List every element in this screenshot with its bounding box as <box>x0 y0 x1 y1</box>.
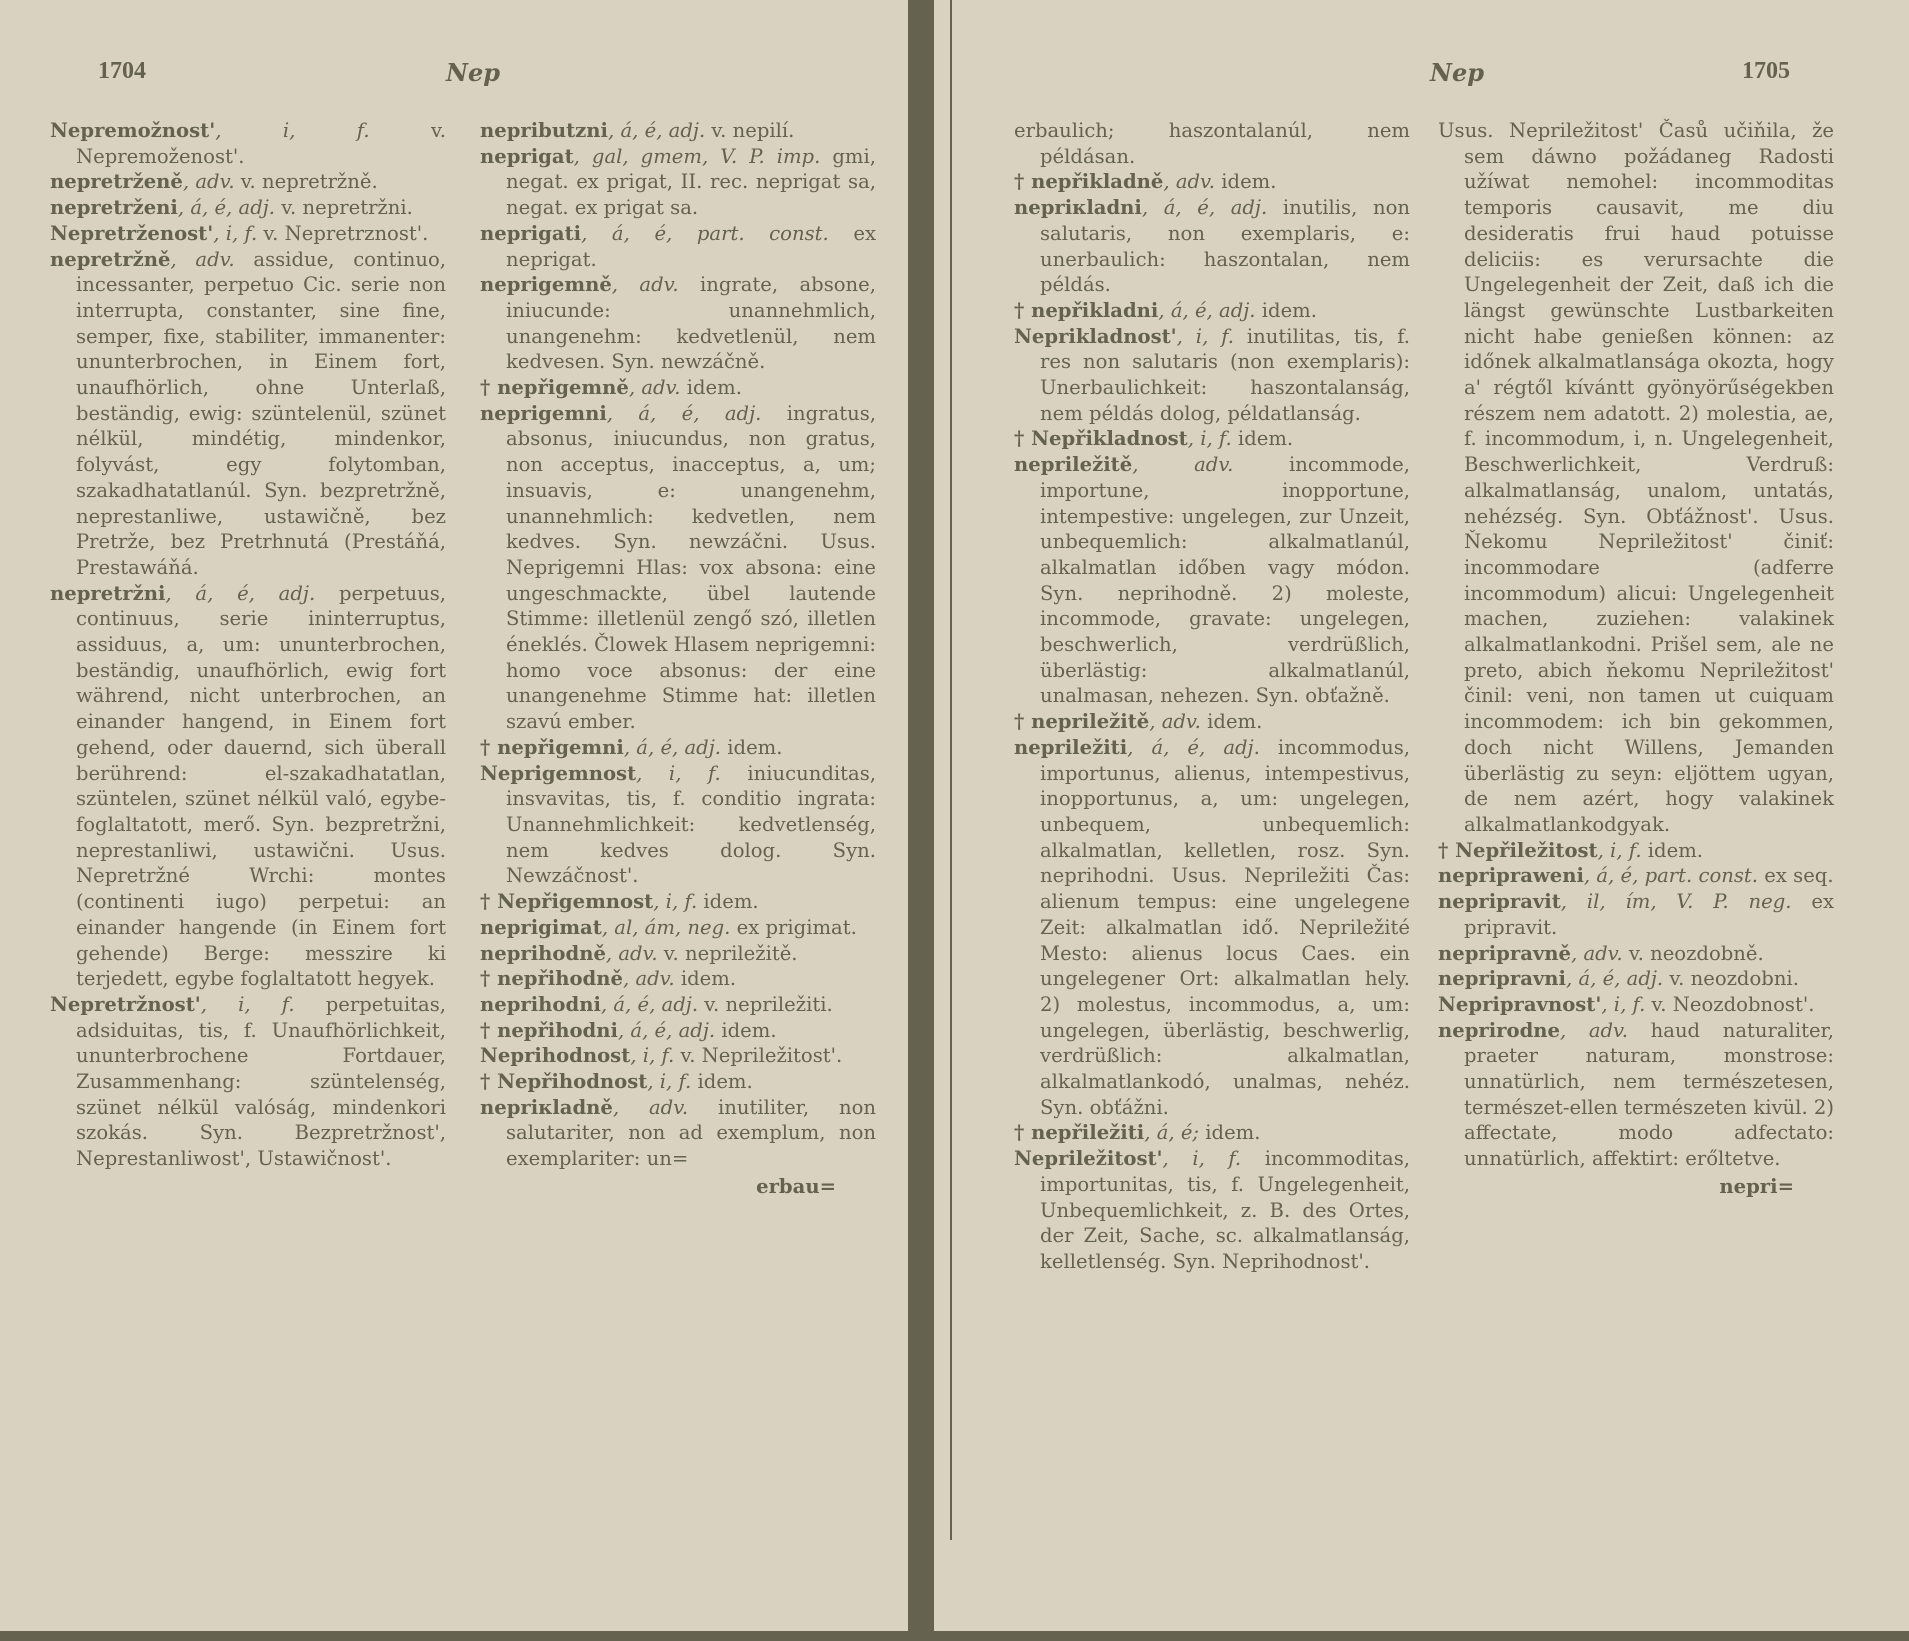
entry-headword: neprigati <box>480 222 581 245</box>
dictionary-entry: Nepremožnost', i, f. v. Nepremoženost'. <box>50 118 446 169</box>
entry-grammar: , adv. <box>613 1096 688 1119</box>
entry-grammar: , á, é, adj. <box>1127 736 1260 759</box>
entry-headword: nepripravit <box>1438 890 1561 913</box>
entry-grammar: , i, f. <box>213 222 257 245</box>
entry-definition: v. nepriležiti. <box>698 993 833 1016</box>
entry-definition: idem. <box>691 1070 752 1093</box>
entry-definition: assidue, continuo, incessanter, perpetuo… <box>76 248 446 579</box>
entry-grammar: , adv. <box>623 967 675 990</box>
dictionary-entry: erbaulich; haszontalanúl, nem példásan. <box>1014 118 1410 169</box>
entry-grammar: , á, é, adj. <box>1158 299 1255 322</box>
entry-definition: v. neozdobně. <box>1623 942 1764 965</box>
entry-headword: neprirodne <box>1438 1019 1560 1042</box>
entry-grammar: , adv. <box>1560 1019 1628 1042</box>
page-number: 1705 <box>1742 58 1790 85</box>
entry-definition: v. neozdobni. <box>1663 967 1799 990</box>
entry-grammar: , á, é, part. const. <box>581 222 829 245</box>
dictionary-entry: nepriležitě, adv. incommode, importune, … <box>1014 452 1410 709</box>
column-1: erbaulich; haszontalanúl, nem példásan.†… <box>1014 118 1410 1275</box>
entry-headword: † Nepřigemnost <box>480 890 653 913</box>
dictionary-entry: † nepřihodni, á, é, adj. idem. <box>480 1018 876 1044</box>
entry-headword: † Nepřihodnost <box>480 1070 647 1093</box>
entry-definition: v. nepretržni. <box>275 196 413 219</box>
entry-headword: † nepřihodni <box>480 1019 618 1042</box>
entry-grammar: , i, f. <box>630 1044 674 1067</box>
entry-grammar: , i, f. <box>1598 839 1642 862</box>
entry-headword: † nepřihodně <box>480 967 623 990</box>
entry-grammar: , á, é, adj. <box>165 582 315 605</box>
entry-headword: † nepřikladni <box>1014 299 1158 322</box>
entry-grammar: , á, é, adj. <box>1142 196 1267 219</box>
entry-definition: perpetuitas, adsiduitas, tis, f. Unaufhö… <box>76 993 446 1170</box>
left-page: 1704 Nep Nepremožnost', i, f. v. Nepremo… <box>0 0 908 1641</box>
entry-definition: erbaulich; haszontalanúl, nem példásan. <box>1014 119 1410 168</box>
running-head: Nep <box>1430 58 1484 87</box>
entry-grammar: , i, f. <box>653 890 697 913</box>
entry-definition: v. Neozdobnost'. <box>1645 993 1814 1016</box>
dictionary-entry: Nepretrženost', i, f. v. Nepretrznost'. <box>50 221 446 247</box>
entry-headword: † Nepřikladnost <box>1014 427 1188 450</box>
entry-definition: idem. <box>1232 427 1293 450</box>
entry-definition: idem. <box>1642 839 1703 862</box>
entry-grammar: , á, é, adj. <box>618 1019 715 1042</box>
entry-grammar: , adv. <box>612 273 679 296</box>
entry-headword: nepriležiti <box>1014 736 1127 759</box>
page-number: 1704 <box>98 58 146 85</box>
entry-definition: v. Nepretrznost'. <box>257 222 428 245</box>
entry-definition: idem. <box>1201 710 1262 733</box>
entry-headword: nepretrženě <box>50 170 183 193</box>
entry-definition: v. nepriležitě. <box>658 942 798 965</box>
entry-headword: † nepřigemni <box>480 736 624 759</box>
entry-grammar: , á, é, adj. <box>624 736 721 759</box>
entry-headword: † Nepřiležitost <box>1438 839 1598 862</box>
entry-headword: Neprikladnost' <box>1014 325 1177 348</box>
entry-grammar: , á, é, adj. <box>601 993 698 1016</box>
entry-definition: idem. <box>1199 1121 1260 1144</box>
column-2: nepributzni, á, é, adj. v. nepilí.neprig… <box>480 118 876 1200</box>
entry-definition: Usus. Nepriležitost' Časů učiňila, že se… <box>1438 119 1834 836</box>
dictionary-entry: nepriležiti, á, é, adj. incommodus, impo… <box>1014 735 1410 1121</box>
entry-definition: ingratus, absonus, iniucundus, non gratu… <box>506 402 876 733</box>
dictionary-entry: † nepřigemně, adv. idem. <box>480 375 876 401</box>
dictionary-entry: neprigat, gal, gmem, V. P. imp. gmi, neg… <box>480 144 876 221</box>
dictionary-entry: nepretrženě, adv. v. nepretržně. <box>50 169 446 195</box>
dictionary-entry: neprigati, á, é, part. const. ex nepriga… <box>480 221 876 272</box>
entry-headword: Nepretržnost' <box>50 993 201 1016</box>
entry-definition: perpetuus, continuus, serie ininterruptu… <box>76 582 446 991</box>
entry-headword: nepriležitě <box>1014 453 1132 476</box>
dictionary-entry: Neprigemnost, i, f. iniucunditas, insvav… <box>480 761 876 890</box>
dictionary-entry: nepretrženi, á, é, adj. v. nepretržni. <box>50 195 446 221</box>
column-1: Nepremožnost', i, f. v. Nepremoženost'.n… <box>50 118 446 1172</box>
entry-grammar: , adv. <box>1571 942 1623 965</box>
dictionary-entry: nepripraweni, á, é, part. const. ex seq. <box>1438 863 1834 889</box>
entry-headword: nepripravně <box>1438 942 1571 965</box>
dictionary-entry: Nepretržnost', i, f. perpetuitas, adsidu… <box>50 992 446 1172</box>
entry-headword: nepributzni <box>480 119 608 142</box>
dictionary-entry: Neprihodnost, i, f. v. Nepriležitost'. <box>480 1043 876 1069</box>
dictionary-entry: † nepřihodně, adv. idem. <box>480 966 876 992</box>
entry-grammar: , adv. <box>629 376 681 399</box>
entry-headword: nepretržně <box>50 248 170 271</box>
entry-grammar: , i, f. <box>1601 993 1645 1016</box>
entry-grammar: , á, é, adj. <box>608 119 705 142</box>
entry-headword: neprigat <box>480 145 574 168</box>
right-page: Nep 1705 erbaulich; haszontalanúl, nem p… <box>952 0 1909 1641</box>
dictionary-entry: nepretržni, á, é, adj. perpetuus, contin… <box>50 581 446 992</box>
dictionary-entry: † Nepřihodnost, i, f. idem. <box>480 1069 876 1095</box>
entry-grammar: , i, f. <box>201 993 295 1016</box>
entry-definition: v. Nepriležitost'. <box>674 1044 842 1067</box>
dictionary-entry: nepributzni, á, é, adj. v. nepilí. <box>480 118 876 144</box>
entry-grammar: , il, ím, V. P. neg. <box>1561 890 1792 913</box>
entry-definition: idem. <box>697 890 758 913</box>
entry-headword: nepretržni <box>50 582 165 605</box>
dictionary-entry: nepretržně, adv. assidue, continuo, ince… <box>50 247 446 581</box>
page-bottom-edge <box>0 1631 1909 1641</box>
entry-grammar: , adv. <box>1149 710 1201 733</box>
entry-grammar: , adv. <box>1163 170 1215 193</box>
entry-definition: v. nepretržně. <box>235 170 378 193</box>
entry-definition: idem. <box>715 1019 776 1042</box>
entry-definition: idem. <box>1215 170 1276 193</box>
dictionary-entry: neprihodně, adv. v. nepriležitě. <box>480 941 876 967</box>
entry-headword: neprihodně <box>480 942 606 965</box>
catchword: nepri= <box>1438 1174 1834 1200</box>
dictionary-entry: Neprikladnost', i, f. inutilitas, tis, f… <box>1014 324 1410 427</box>
entry-grammar: , i, f. <box>1188 427 1232 450</box>
entry-grammar: , al, ám, neg. <box>602 916 731 939</box>
dictionary-entry: † Nepřikladnost, i, f. idem. <box>1014 426 1410 452</box>
dictionary-entry: nepriкladně, adv. inutiliter, non saluta… <box>480 1095 876 1172</box>
dictionary-entry: nepripravně, adv. v. neozdobně. <box>1438 941 1834 967</box>
entry-grammar: , á, é; <box>1144 1121 1199 1144</box>
entry-headword: Neprihodnost <box>480 1044 630 1067</box>
entry-headword: nepretrženi <box>50 196 178 219</box>
dictionary-entry: nepriкladni, á, é, adj. inutilis, non sa… <box>1014 195 1410 298</box>
dictionary-entry: nepripravit, il, ím, V. P. neg. ex pripr… <box>1438 889 1834 940</box>
entry-headword: Neprigemnost <box>480 762 636 785</box>
dictionary-entry: Usus. Nepriležitost' Časů učiňila, že se… <box>1438 118 1834 838</box>
entry-headword: † nepřiležiti <box>1014 1121 1144 1144</box>
entry-grammar: , i, f. <box>636 762 721 785</box>
dictionary-entry: Nepripravnost', i, f. v. Neozdobnost'. <box>1438 992 1834 1018</box>
dictionary-entry: Nepriležitost', i, f. incommoditas, impo… <box>1014 1146 1410 1275</box>
entry-headword: Nepripravnost' <box>1438 993 1601 1016</box>
entry-definition: idem. <box>1256 299 1317 322</box>
entry-grammar: , i, f. <box>1177 325 1234 348</box>
entry-grammar: , á, é, part. const. <box>1584 864 1758 887</box>
dictionary-entry: nepripravni, á, é, adj. v. neozdobni. <box>1438 966 1834 992</box>
entry-headword: † nepřikladně <box>1014 170 1163 193</box>
entry-grammar: , adv. <box>170 248 234 271</box>
entry-headword: neprigemni <box>480 402 607 425</box>
catchword: erbau= <box>480 1174 876 1200</box>
entry-grammar: , á, é, adj. <box>1566 967 1663 990</box>
entry-headword: nepriкladně <box>480 1096 613 1119</box>
entry-definition: incommode, importune, inopportune, intem… <box>1040 453 1410 707</box>
book-spine <box>908 0 934 1641</box>
entry-grammar: , gal, gmem, V. P. imp. <box>574 145 821 168</box>
entry-definition: ex prigimat. <box>730 916 856 939</box>
entry-definition: idem. <box>721 736 782 759</box>
entry-headword: Nepremožnost' <box>50 119 215 142</box>
entry-headword: neprigemně <box>480 273 612 296</box>
dictionary-entry: neprihodni, á, é, adj. v. nepriležiti. <box>480 992 876 1018</box>
dictionary-entry: neprirodne, adv. haud naturaliter, praet… <box>1438 1018 1834 1172</box>
entry-definition: v. nepilí. <box>705 119 794 142</box>
column-2: Usus. Nepriležitost' Časů učiňila, že se… <box>1438 118 1834 1200</box>
entry-grammar: , adv. <box>183 170 235 193</box>
entry-grammar: , á, é, adj. <box>178 196 275 219</box>
entry-grammar: , i, f. <box>1163 1147 1242 1170</box>
dictionary-entry: † nepřigemni, á, é, adj. idem. <box>480 735 876 761</box>
entry-headword: neprihodni <box>480 993 601 1016</box>
entry-definition: ex seq. <box>1758 864 1834 887</box>
dictionary-entry: † Nepřigemnost, i, f. idem. <box>480 889 876 915</box>
entry-definition: incommodus, importunus, alienus, intempe… <box>1040 736 1410 1119</box>
entry-definition: idem. <box>681 376 742 399</box>
entry-grammar: , i, f. <box>647 1070 691 1093</box>
dictionary-entry: neprigemni, á, é, adj. ingratus, absonus… <box>480 401 876 735</box>
dictionary-entry: † nepřikladně, adv. idem. <box>1014 169 1410 195</box>
entry-grammar: , adv. <box>1132 453 1233 476</box>
running-head: Nep <box>446 58 500 87</box>
entry-grammar: , á, é, adj. <box>607 402 762 425</box>
entry-grammar: , adv. <box>606 942 658 965</box>
dictionary-entry: † Nepřiležitost, i, f. idem. <box>1438 838 1834 864</box>
entry-headword: neprigimat <box>480 916 602 939</box>
dictionary-entry: neprigemně, adv. ingrate, absone, iniucu… <box>480 272 876 375</box>
dictionary-entry: † nepřikladni, á, é, adj. idem. <box>1014 298 1410 324</box>
entry-headword: nepripravni <box>1438 967 1566 990</box>
entry-headword: Nepriležitost' <box>1014 1147 1163 1170</box>
entry-headword: † nepřigemně <box>480 376 629 399</box>
entry-headword: nepripraweni <box>1438 864 1584 887</box>
dictionary-entry: † nepriležitě, adv. idem. <box>1014 709 1410 735</box>
entry-headword: † nepriležitě <box>1014 710 1149 733</box>
entry-definition: idem. <box>675 967 736 990</box>
entry-grammar: , i, f. <box>215 119 369 142</box>
dictionary-entry: neprigimat, al, ám, neg. ex prigimat. <box>480 915 876 941</box>
entry-headword: Nepretrženost' <box>50 222 213 245</box>
entry-headword: nepriкladni <box>1014 196 1142 219</box>
dictionary-entry: † nepřiležiti, á, é; idem. <box>1014 1120 1410 1146</box>
